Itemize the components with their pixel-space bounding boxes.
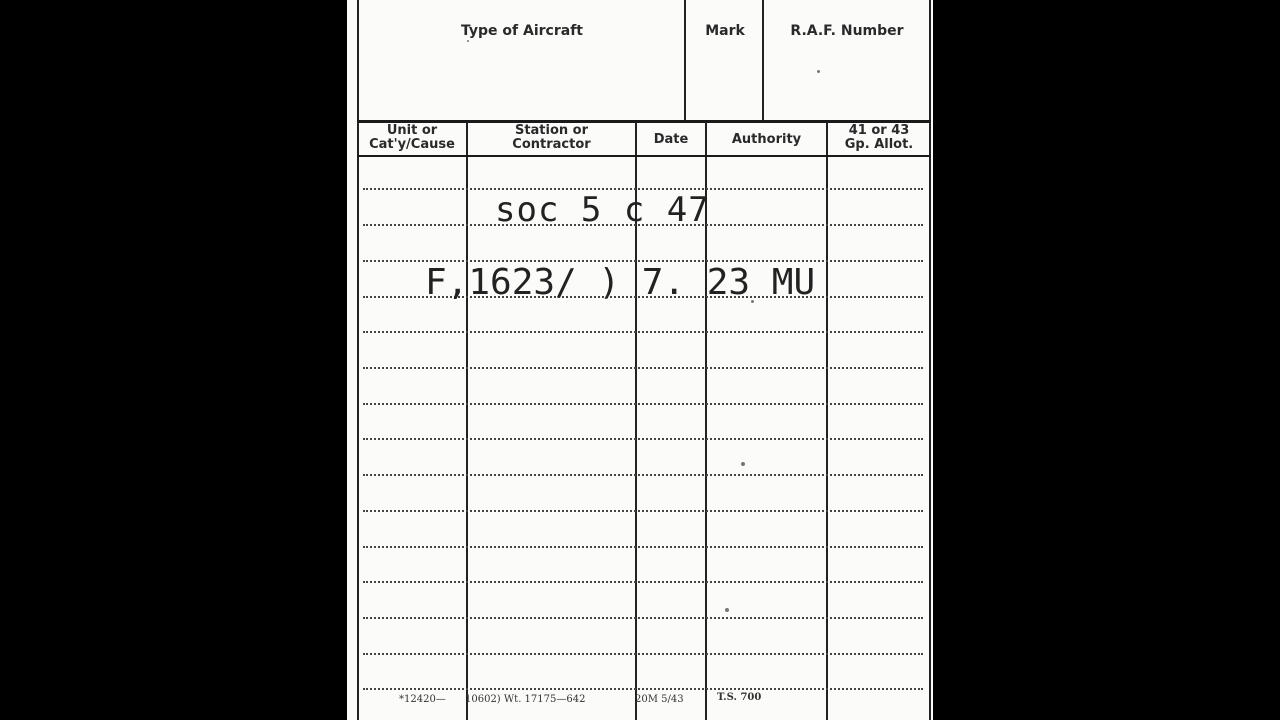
footer-reference: 10602) Wt. 17175—642 — [465, 694, 585, 705]
col-header-authority-line1: Authority — [708, 133, 825, 147]
col-line-2 — [466, 122, 468, 720]
entry-struck-off-charge: soc 5 c 47 — [495, 190, 710, 230]
ruled-line — [363, 617, 923, 619]
col-header-station-line1: Station or — [469, 124, 634, 138]
type-of-aircraft-label: Type of Aircraft — [407, 24, 637, 38]
header-divider-mark — [684, 0, 686, 122]
footer-print-code: *12420— — [399, 694, 446, 705]
col-header-unit-line1: Unit or — [359, 124, 465, 138]
col-header-unit: Unit or Cat'y/Cause — [359, 124, 465, 152]
ruled-line — [363, 581, 923, 583]
col-header-gp-line1: 41 or 43 — [829, 124, 929, 138]
col-header-gp-allot: 41 or 43 Gp. Allot. — [829, 124, 929, 152]
col-header-unit-line2: Cat'y/Cause — [359, 138, 465, 152]
raf-number-label: R.A.F. Number — [765, 24, 929, 38]
header-separator — [357, 120, 931, 123]
card-right-border — [929, 0, 931, 720]
col-line-5 — [826, 122, 828, 720]
ruled-line — [363, 510, 923, 512]
ruled-line — [363, 653, 923, 655]
col-header-date: Date — [638, 133, 704, 147]
footer-form-number: T.S. 700 — [717, 692, 761, 703]
footer-quantity-date: 20M 5/43 — [635, 694, 684, 705]
aircraft-movement-card: Type of Aircraft Mark R.A.F. Number Unit… — [347, 0, 933, 720]
col-header-date-line1: Date — [638, 133, 704, 147]
scan-speck — [467, 40, 469, 42]
scan-speck — [741, 462, 745, 466]
scan-speck — [817, 70, 820, 73]
col-header-gp-line2: Gp. Allot. — [829, 138, 929, 152]
ruled-line — [363, 331, 923, 333]
header-left-border — [357, 0, 359, 122]
ruled-line — [363, 367, 923, 369]
ruled-line — [363, 438, 923, 440]
column-header-underline — [357, 155, 931, 157]
scan-speck — [751, 300, 754, 303]
mark-label: Mark — [687, 24, 763, 38]
col-header-authority: Authority — [708, 133, 825, 147]
ruled-line — [363, 546, 923, 548]
ruled-line — [363, 474, 923, 476]
ruled-line — [363, 403, 923, 405]
scan-speck — [725, 608, 729, 612]
entry-movement: F,1623/ ) 7. 23 MU — [425, 262, 815, 303]
ruled-line — [363, 688, 923, 690]
col-line-1 — [357, 122, 359, 720]
header-divider-raf — [762, 0, 764, 122]
col-header-station: Station or Contractor — [469, 124, 634, 152]
col-header-station-line2: Contractor — [469, 138, 634, 152]
